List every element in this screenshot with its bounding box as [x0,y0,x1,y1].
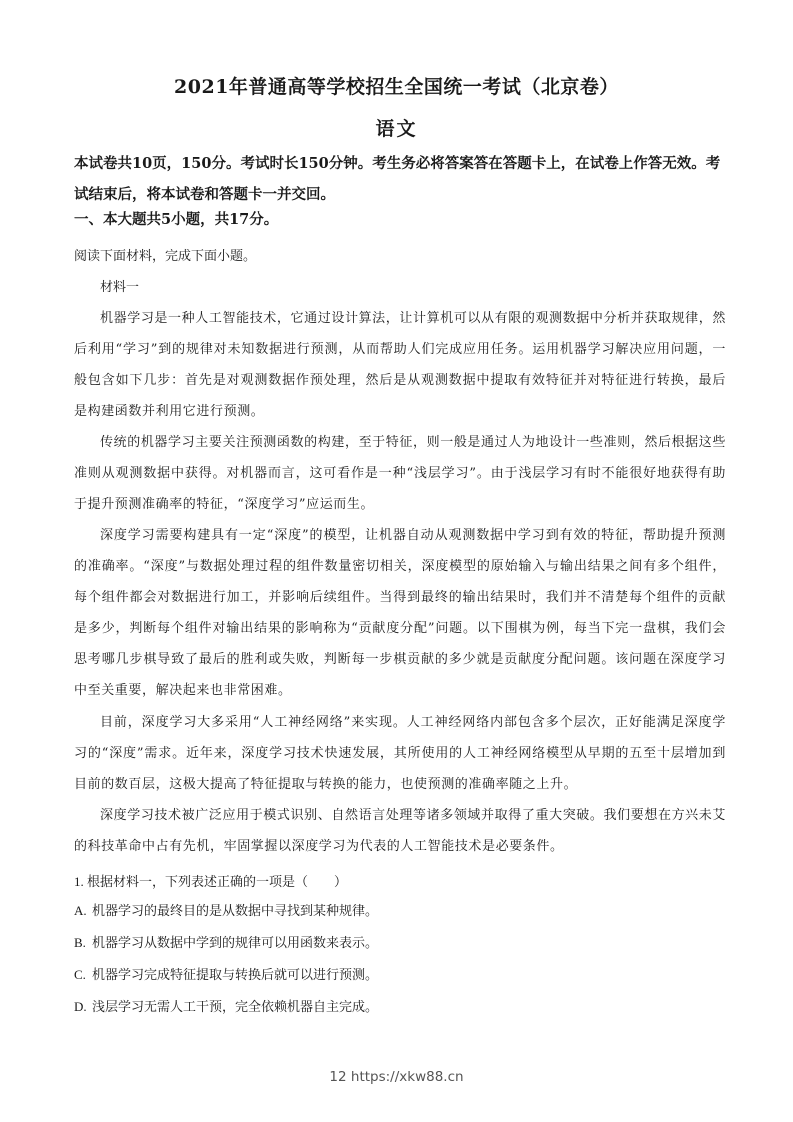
material-paragraph-2: 传统的机器学习主要关注预测函数的构建，至于特征，则一般是通过人为地设计一些准则，… [74,427,726,520]
exam-title: 2021年普通高等学校招生全国统一考试（北京卷） [0,72,793,99]
option-letter: D. [74,999,92,1015]
question-stem: 1. 根据材料一，下列表述正确的一项是（ ） [74,871,347,890]
material-paragraph-1: 机器学习是一种人工智能技术，它通过设计算法，让计算机可以从有限的观测数据中分析并… [74,303,726,427]
option-b: B.机器学习从数据中学到的规律可以用函数来表示。 [74,935,378,967]
page-footer: 12 https://xkw88.cn [0,1069,793,1085]
material-label: 材料一 [100,276,139,295]
option-text: 浅层学习无需人工干预，完全依赖机器自主完成。 [92,999,378,1014]
material-paragraph-4: 目前，深度学习大多采用“人工神经网络”来实现。人工神经网络内部包含多个层次，正好… [74,707,726,800]
option-c: C.机器学习完成特征提取与转换后就可以进行预测。 [74,967,378,999]
option-letter: C. [74,967,92,983]
exam-page: 2021年普通高等学校招生全国统一考试（北京卷） 语文 本试卷共10页，150分… [0,0,793,1122]
subject-heading: 语文 [0,114,793,141]
option-letter: B. [74,935,92,951]
option-letter: A. [74,903,92,919]
option-text: 机器学习完成特征提取与转换后就可以进行预测。 [92,967,378,982]
option-text: 机器学习从数据中学到的规律可以用函数来表示。 [92,935,378,950]
option-text: 机器学习的最终目的是从数据中寻找到某种规律。 [92,903,378,918]
reading-instruction: 阅读下面材料，完成下面小题。 [74,245,256,264]
material-paragraph-3: 深度学习需要构建具有一定“深度”的模型，让机器自动从观测数据中学习到有效的特征，… [74,520,726,706]
option-d: D.浅层学习无需人工干预，完全依赖机器自主完成。 [74,999,378,1031]
option-a: A.机器学习的最终目的是从数据中寻找到某种规律。 [74,903,378,935]
answer-options: A.机器学习的最终目的是从数据中寻找到某种规律。 B.机器学习从数据中学到的规律… [74,903,378,1031]
exam-notice: 本试卷共10页，150分。考试时长150分钟。考生务必将答案答在答题卡上，在试卷… [74,148,724,210]
section-heading: 一、本大题共5小题，共17分。 [74,208,278,229]
material-paragraph-5: 深度学习技术被广泛应用于模式识别、自然语言处理等诸多领域并取得了重大突破。我们要… [74,800,726,862]
